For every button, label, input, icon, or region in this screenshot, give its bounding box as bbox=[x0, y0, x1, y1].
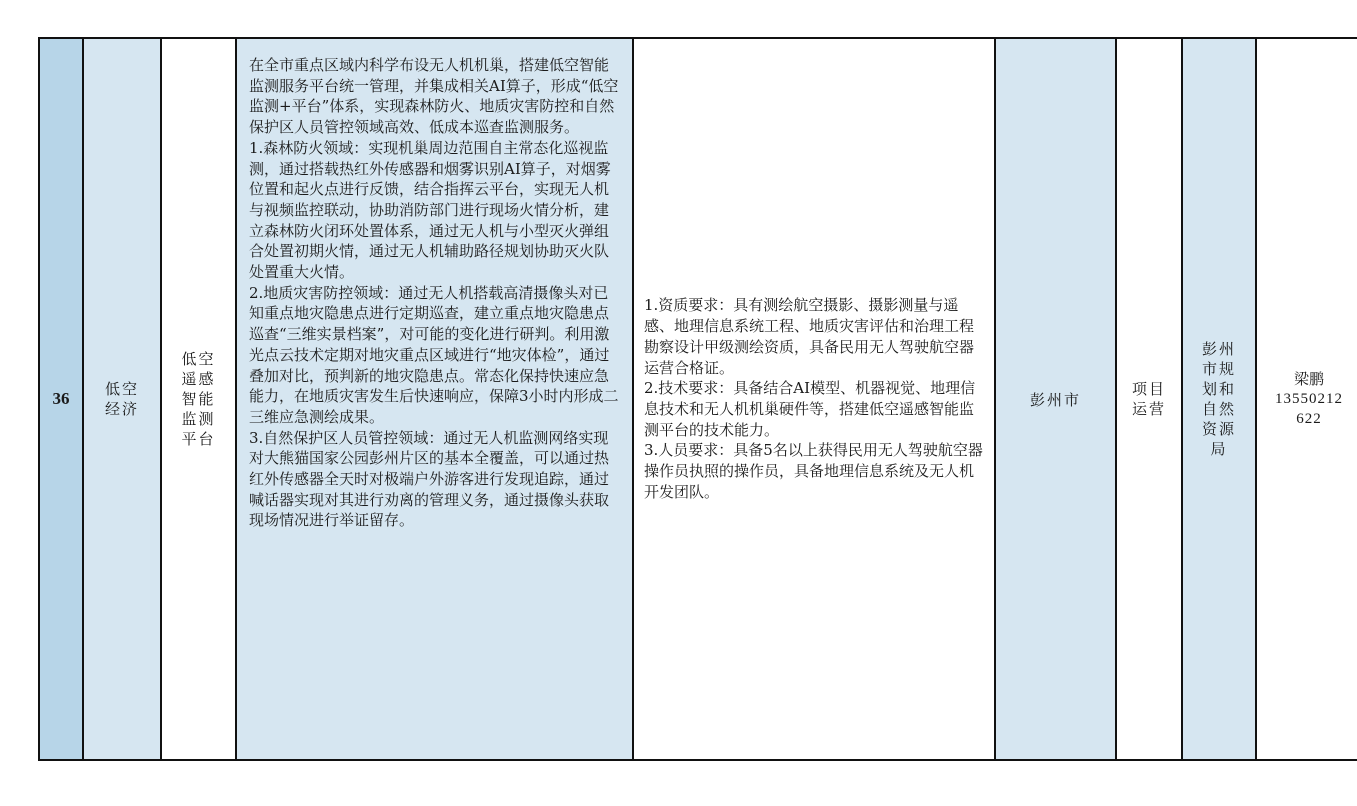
area-label: 彭州市 bbox=[1030, 391, 1081, 409]
department-name: 彭州市规划和自然资源局 bbox=[1202, 339, 1236, 459]
description-reserve-control: 3.自然保护区人员管控领域：通过无人机监测网络实现对大熊猫国家公园彭州片区的基本… bbox=[249, 428, 620, 532]
requirements-cell: 1.资质要求：具有测绘航空摄影、摄影测量与遥感、地理信息系统工程、地质灾害评估和… bbox=[633, 38, 995, 760]
requirement-personnel: 3.人员要求：具备5名以上获得民用无人驾驶航空器操作员执照的操作员，具备地理信息… bbox=[644, 440, 984, 502]
requirement-technical: 2.技术要求：具备结合AI模型、机器视觉、地理信息技术和无人机机巢硬件等，搭建低… bbox=[644, 378, 984, 440]
field-label: 低空经济 bbox=[105, 379, 139, 419]
requirement-qualification: 1.资质要求：具有测绘航空摄影、摄影测量与遥感、地理信息系统工程、地质灾害评估和… bbox=[644, 295, 984, 378]
contact-phone-line2: 622 bbox=[1257, 409, 1357, 429]
project-table: 36 低空经济 低空遥感智能监测平台 在全市重点区域内科学布设无人机机巢，搭建低… bbox=[38, 37, 1357, 761]
description-intro: 在全市重点区域内科学布设无人机机巢，搭建低空智能监测服务平台统一管理，并集成相关… bbox=[249, 55, 620, 138]
cooperation-mode-cell: 项目运营 bbox=[1116, 38, 1182, 760]
table-row: 36 低空经济 低空遥感智能监测平台 在全市重点区域内科学布设无人机机巢，搭建低… bbox=[39, 38, 1357, 760]
description-forest-fire: 1.森林防火领域：实现机巢周边范围自主常态化巡视监测，通过搭载热红外传感器和烟雾… bbox=[249, 138, 620, 283]
project-description-cell: 在全市重点区域内科学布设无人机机巢，搭建低空智能监测服务平台统一管理，并集成相关… bbox=[236, 38, 633, 760]
description-geohazard: 2.地质灾害防控领域：通过无人机搭载高清摄像头对已知重点地灾隐患点进行定期巡查，… bbox=[249, 283, 620, 428]
field-cell: 低空经济 bbox=[83, 38, 161, 760]
contact-phone-line1: 13550212 bbox=[1257, 389, 1357, 409]
project-name: 低空遥感智能监测平台 bbox=[182, 349, 216, 449]
row-number: 36 bbox=[53, 389, 70, 408]
area-cell: 彭州市 bbox=[995, 38, 1116, 760]
cooperation-mode: 项目运营 bbox=[1132, 379, 1166, 419]
project-name-cell: 低空遥感智能监测平台 bbox=[161, 38, 236, 760]
contact-name: 梁鹏 bbox=[1257, 369, 1357, 389]
contact-cell: 梁鹏 13550212 622 bbox=[1256, 38, 1357, 760]
row-number-cell: 36 bbox=[39, 38, 83, 760]
department-cell: 彭州市规划和自然资源局 bbox=[1182, 38, 1256, 760]
